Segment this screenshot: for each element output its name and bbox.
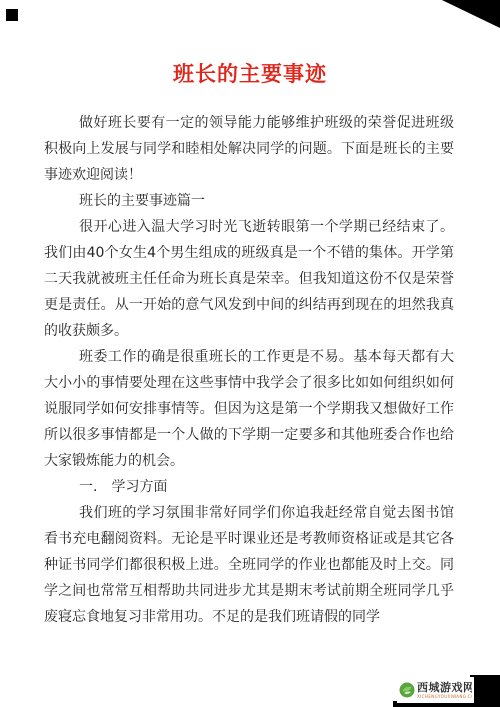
paragraph-body: 班委工作的确是很重班长的工作更是不易。基本每天都有大大小小的事情要处理在这些事情… <box>44 344 454 474</box>
scan-artifact-bottom-right <box>470 675 500 707</box>
paragraph-intro: 做好班长要有一定的领导能力能够维护班级的荣誉促进班级积极向上发展与同学和睦相处解… <box>44 110 454 188</box>
article-body: 做好班长要有一定的领导能力能够维护班级的荣誉促进班级积极向上发展与同学和睦相处解… <box>44 110 454 630</box>
watermark-subtext: XICHENGYOUXIWANG.COM <box>417 694 472 699</box>
scan-artifact-top-left <box>6 9 18 21</box>
paragraph-subheading: 班长的主要事迹篇一 <box>44 188 454 214</box>
paragraph-section-heading: 一. 学习方面 <box>44 474 454 500</box>
page-title: 班长的主要事迹 <box>0 58 500 88</box>
site-watermark: 西城游戏网 XICHENGYOUXIWANG.COM <box>397 677 474 703</box>
site-logo-icon <box>399 682 415 698</box>
watermark-text-group: 西城游戏网 XICHENGYOUXIWANG.COM <box>417 681 472 699</box>
paragraph-body: 我们班的学习氛围非常好同学们你追我赶经常自觉去图书馆看书充电翻阅资料。无论是平时… <box>44 500 454 630</box>
document-page: 班长的主要事迹 做好班长要有一定的领导能力能够维护班级的荣誉促进班级积极向上发展… <box>0 0 500 707</box>
watermark-site-name: 西城游戏网 <box>417 681 472 694</box>
paragraph-body: 很开心进入温大学习时光飞逝转眼第一个学期已经结束了。我们由40个女生4个男生组成… <box>44 214 454 344</box>
scan-artifact-top-right <box>434 0 500 28</box>
